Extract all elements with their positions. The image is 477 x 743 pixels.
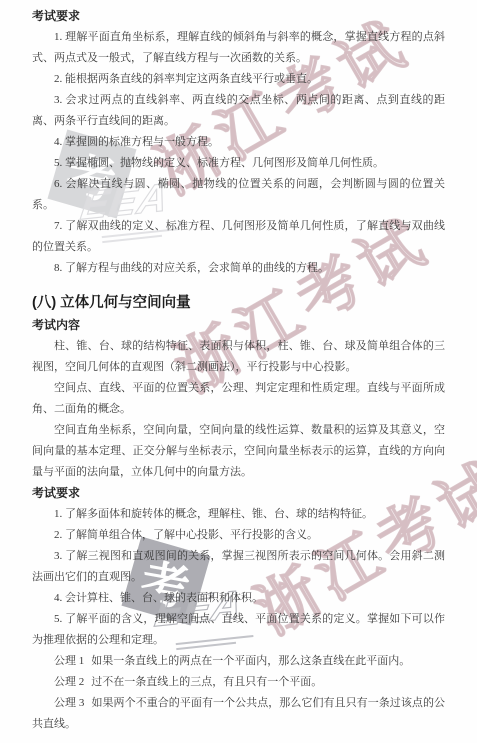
axiom-1-label: 公理 1 [54, 655, 84, 667]
requirement-item-5: 5. 掌握椭圆、抛物线的定义、标准方程、几何图形及简单几何性质。 [32, 153, 445, 174]
requirement-item-6: 6. 会解决直线与圆、椭圆、抛物线的位置关系的问题，会判断圆与圆的位置关系。 [32, 174, 445, 216]
requirement-item-1: 1. 理解平面直角坐标系，理解直线的倾斜角与斜率的概念，掌握直线方程的点斜式、两… [32, 27, 445, 69]
axiom-3-text: 如果两个不重合的平面有一个公共点，那么它们有且只有一条过该点的公共直线。 [32, 697, 445, 730]
geometry-requirement-item-2: 2. 了解简单组合体，了解中心投影、平行投影的含义。 [32, 525, 445, 546]
axiom-3: 公理 3如果两个不重合的平面有一个公共点，那么它们有且只有一条过该点的公共直线。 [32, 693, 445, 735]
requirement-item-2: 2. 能根据两条直线的斜率判定这两条直线平行或垂直。 [32, 69, 445, 90]
axiom-1-text: 如果一条直线上的两点在一个平面内，那么这条直线在此平面内。 [91, 655, 410, 667]
geometry-requirement-item-1: 1. 了解多面体和旋转体的概念，理解柱、锥、台、球的结构特征。 [32, 504, 445, 525]
content-paragraph-1: 柱、锥、台、球的结构特征、表面积与体积，柱、锥、台、球及简单组合体的三视图，空间… [32, 336, 445, 378]
requirement-item-4: 4. 掌握圆的标准方程与一般方程。 [32, 132, 445, 153]
content-paragraph-3: 空间直角坐标系，空间向量，空间向量的线性运算、数量积的运算及其意义，空间向量的基… [32, 420, 445, 483]
exam-requirements-heading-prev: 考试要求 [32, 6, 445, 27]
document-content: 考试要求 1. 理解平面直角坐标系，理解直线的倾斜角与斜率的概念，掌握直线方程的… [0, 0, 477, 743]
axiom-2: 公理 2过不在一条直线上的三点，有且只有一个平面。 [32, 672, 445, 693]
section-title-solid-geometry: (八) 立体几何与空间向量 [32, 291, 445, 315]
geometry-requirement-item-5: 5. 了解平面的含义，理解空间点、直线、平面位置关系的定义。掌握如下可以作为推理… [32, 609, 445, 651]
requirement-item-8: 8. 了解方程与曲线的对应关系，会求简单的曲线的方程。 [32, 258, 445, 279]
axiom-3-label: 公理 3 [54, 697, 84, 709]
geometry-requirement-item-4: 4. 会计算柱、锥、台、球的表面积和体积。 [32, 588, 445, 609]
axiom-1: 公理 1如果一条直线上的两点在一个平面内，那么这条直线在此平面内。 [32, 651, 445, 672]
axiom-2-label: 公理 2 [54, 676, 84, 688]
geometry-requirement-item-3: 3. 了解三视图和直观图间的关系，掌握三视图所表示的空间几何体。会用斜二测法画出… [32, 546, 445, 588]
requirement-item-3: 3. 会求过两点的直线斜率、两直线的交点坐标、两点间的距离、点到直线的距离、两条… [32, 90, 445, 132]
axiom-2-text: 过不在一条直线上的三点，有且只有一个平面。 [91, 676, 322, 688]
exam-content-heading: 考试内容 [32, 315, 445, 336]
requirement-item-7: 7. 了解双曲线的定义、标准方程、几何图形及简单几何性质，了解直线与双曲线的位置… [32, 216, 445, 258]
exam-requirements-heading: 考试要求 [32, 483, 445, 504]
document-page: 浙江考试 浙江考试 浙江考试 考 EEA 考 EEA 考试要求 1. 理解平面直… [0, 0, 477, 743]
content-paragraph-2: 空间点、直线、平面的位置关系，公理、判定定理和性质定理。直线与平面所成角、二面角… [32, 378, 445, 420]
